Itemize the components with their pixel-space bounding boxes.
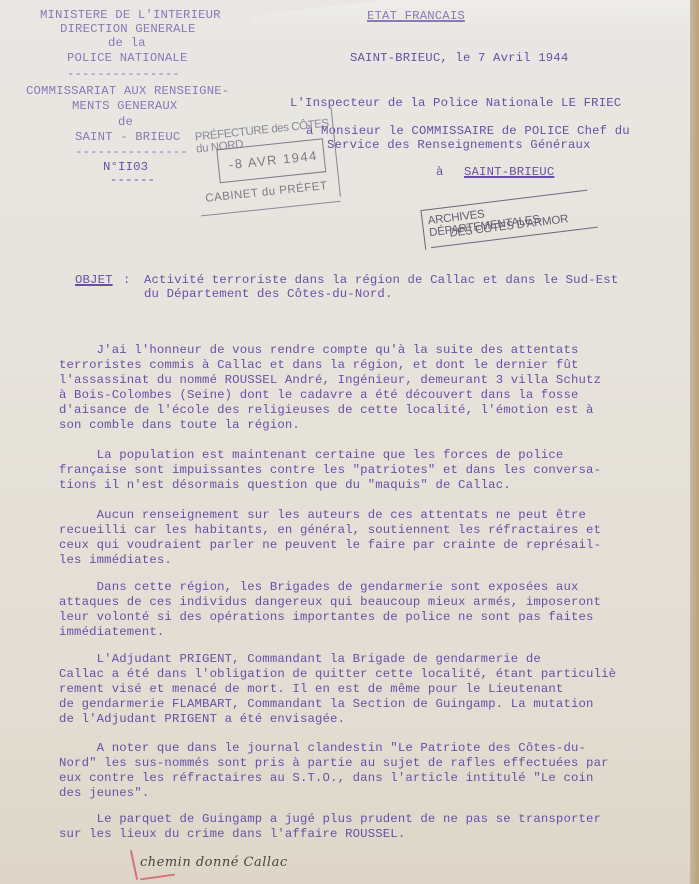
destination: SAINT-BRIEUC bbox=[464, 165, 554, 180]
separator-2: --------------- bbox=[75, 145, 188, 160]
body-line: Aucun renseignement sur les auteurs de c… bbox=[59, 508, 586, 523]
de-la-line: de la bbox=[108, 36, 146, 51]
body-line: rement visé et menacé de mort. Il en est… bbox=[59, 682, 563, 697]
prefecture-stamp: PRÉFECTURE des CÔTES du NORD -8 AVR 1944… bbox=[192, 113, 347, 233]
body-line: La population est maintenant certaine qu… bbox=[59, 448, 563, 463]
red-pencil-mark bbox=[130, 850, 138, 880]
body-line: eux contre les réfractaires au S.T.O., d… bbox=[59, 771, 594, 786]
renseignements-line: MENTS GENERAUX bbox=[72, 99, 177, 114]
saint-brieuc-left: SAINT - BRIEUC bbox=[75, 130, 180, 145]
separator-1: --------------- bbox=[67, 67, 180, 82]
archives-stamp-border-left bbox=[420, 210, 426, 250]
body-line: immédiatement. bbox=[59, 625, 164, 640]
body-line: Le parquet de Guingamp a jugé plus prude… bbox=[59, 812, 601, 827]
place-date: SAINT-BRIEUC, le 7 Avril 1944 bbox=[350, 51, 568, 66]
paper-fold bbox=[250, 0, 690, 40]
body-line: Dans cette région, les Brigades de genda… bbox=[59, 580, 579, 595]
body-line: L'Adjudant PRIGENT, Commandant la Brigad… bbox=[59, 652, 541, 667]
body-line: de l'Adjudant PRIGENT a été envisagée. bbox=[59, 712, 345, 727]
body-line: leur volonté si des opérations important… bbox=[59, 610, 594, 625]
body-line: sur les lieux du crime dans l'affaire RO… bbox=[59, 827, 405, 842]
separator-3: ------ bbox=[110, 173, 155, 188]
archives-stamp: ARCHIVES DÉPARTEMENTALES DES CÔTES D'ARM… bbox=[420, 186, 588, 250]
de-line: de bbox=[118, 115, 133, 130]
subject-separator: : bbox=[123, 273, 131, 288]
body-line: terroristes commis à Callac et dans la r… bbox=[59, 358, 579, 373]
etat-francais: ETAT FRANCAIS bbox=[367, 9, 465, 24]
recipient-line-2: Service des Renseignements Généraux bbox=[327, 138, 591, 153]
body-line: à Bois-Colombes (Seine) dont le cadavre … bbox=[59, 388, 579, 403]
sender-line: L'Inspecteur de la Police Nationale LE F… bbox=[290, 96, 621, 111]
body-line: les immédiates. bbox=[59, 553, 172, 568]
handwritten-annotation: chemin donné Callac bbox=[140, 855, 288, 870]
body-line: française sont impuissantes contre les "… bbox=[59, 463, 601, 478]
body-line: ceux qui voudraient parler ne peuvent le… bbox=[59, 538, 601, 553]
body-line: de gendarmerie FLAMBART, Commandant la S… bbox=[59, 697, 594, 712]
body-line: tions il n'est désormais question que du… bbox=[59, 478, 511, 493]
body-line: recueilli car les habitants, en général,… bbox=[59, 523, 601, 538]
body-line: des jeunes". bbox=[59, 786, 149, 801]
subject-line-2: du Département des Côtes-du-Nord. bbox=[144, 287, 392, 302]
prefecture-stamp-date: -8 AVR 1944 bbox=[228, 148, 318, 172]
body-line: attaques de ces individus dangereux qui … bbox=[59, 595, 601, 610]
recipient-line-1: à Monsieur le COMMISSAIRE de POLICE Chef… bbox=[306, 124, 630, 139]
body-line: J'ai l'honneur de vous rendre compte qu'… bbox=[59, 343, 579, 358]
direction-line: DIRECTION GENERALE bbox=[60, 22, 196, 37]
prefecture-stamp-cabinet: CABINET du PRÉFET bbox=[205, 180, 328, 205]
body-line: Nord" les sus-nommés sont pris à partie … bbox=[59, 756, 609, 771]
commissariat-line: COMMISSARIAT AUX RENSEIGNE- bbox=[26, 84, 229, 99]
body-line: Callac a été dans l'obligation de quitte… bbox=[59, 667, 616, 682]
ministry-line: MINISTERE DE L'INTERIEUR bbox=[40, 8, 221, 23]
body-line: l'assassinat du nommé ROUSSEL André, Ing… bbox=[59, 373, 601, 388]
body-line: A noter que dans le journal clandestin "… bbox=[59, 741, 586, 756]
destination-prefix: à bbox=[436, 165, 444, 180]
subject-label: OBJET bbox=[75, 273, 113, 288]
body-line: son comble dans toute la région. bbox=[59, 418, 300, 433]
subject-line-1: Activité terroriste dans la région de Ca… bbox=[144, 273, 618, 288]
page-edge-background bbox=[690, 0, 699, 884]
red-pencil-mark-underline bbox=[140, 874, 175, 881]
document-page: MINISTERE DE L'INTERIEUR DIRECTION GENER… bbox=[0, 0, 690, 884]
police-nationale-line: POLICE NATIONALE bbox=[67, 51, 187, 66]
body-line: d'aisance de l'école des religieuses de … bbox=[59, 403, 594, 418]
